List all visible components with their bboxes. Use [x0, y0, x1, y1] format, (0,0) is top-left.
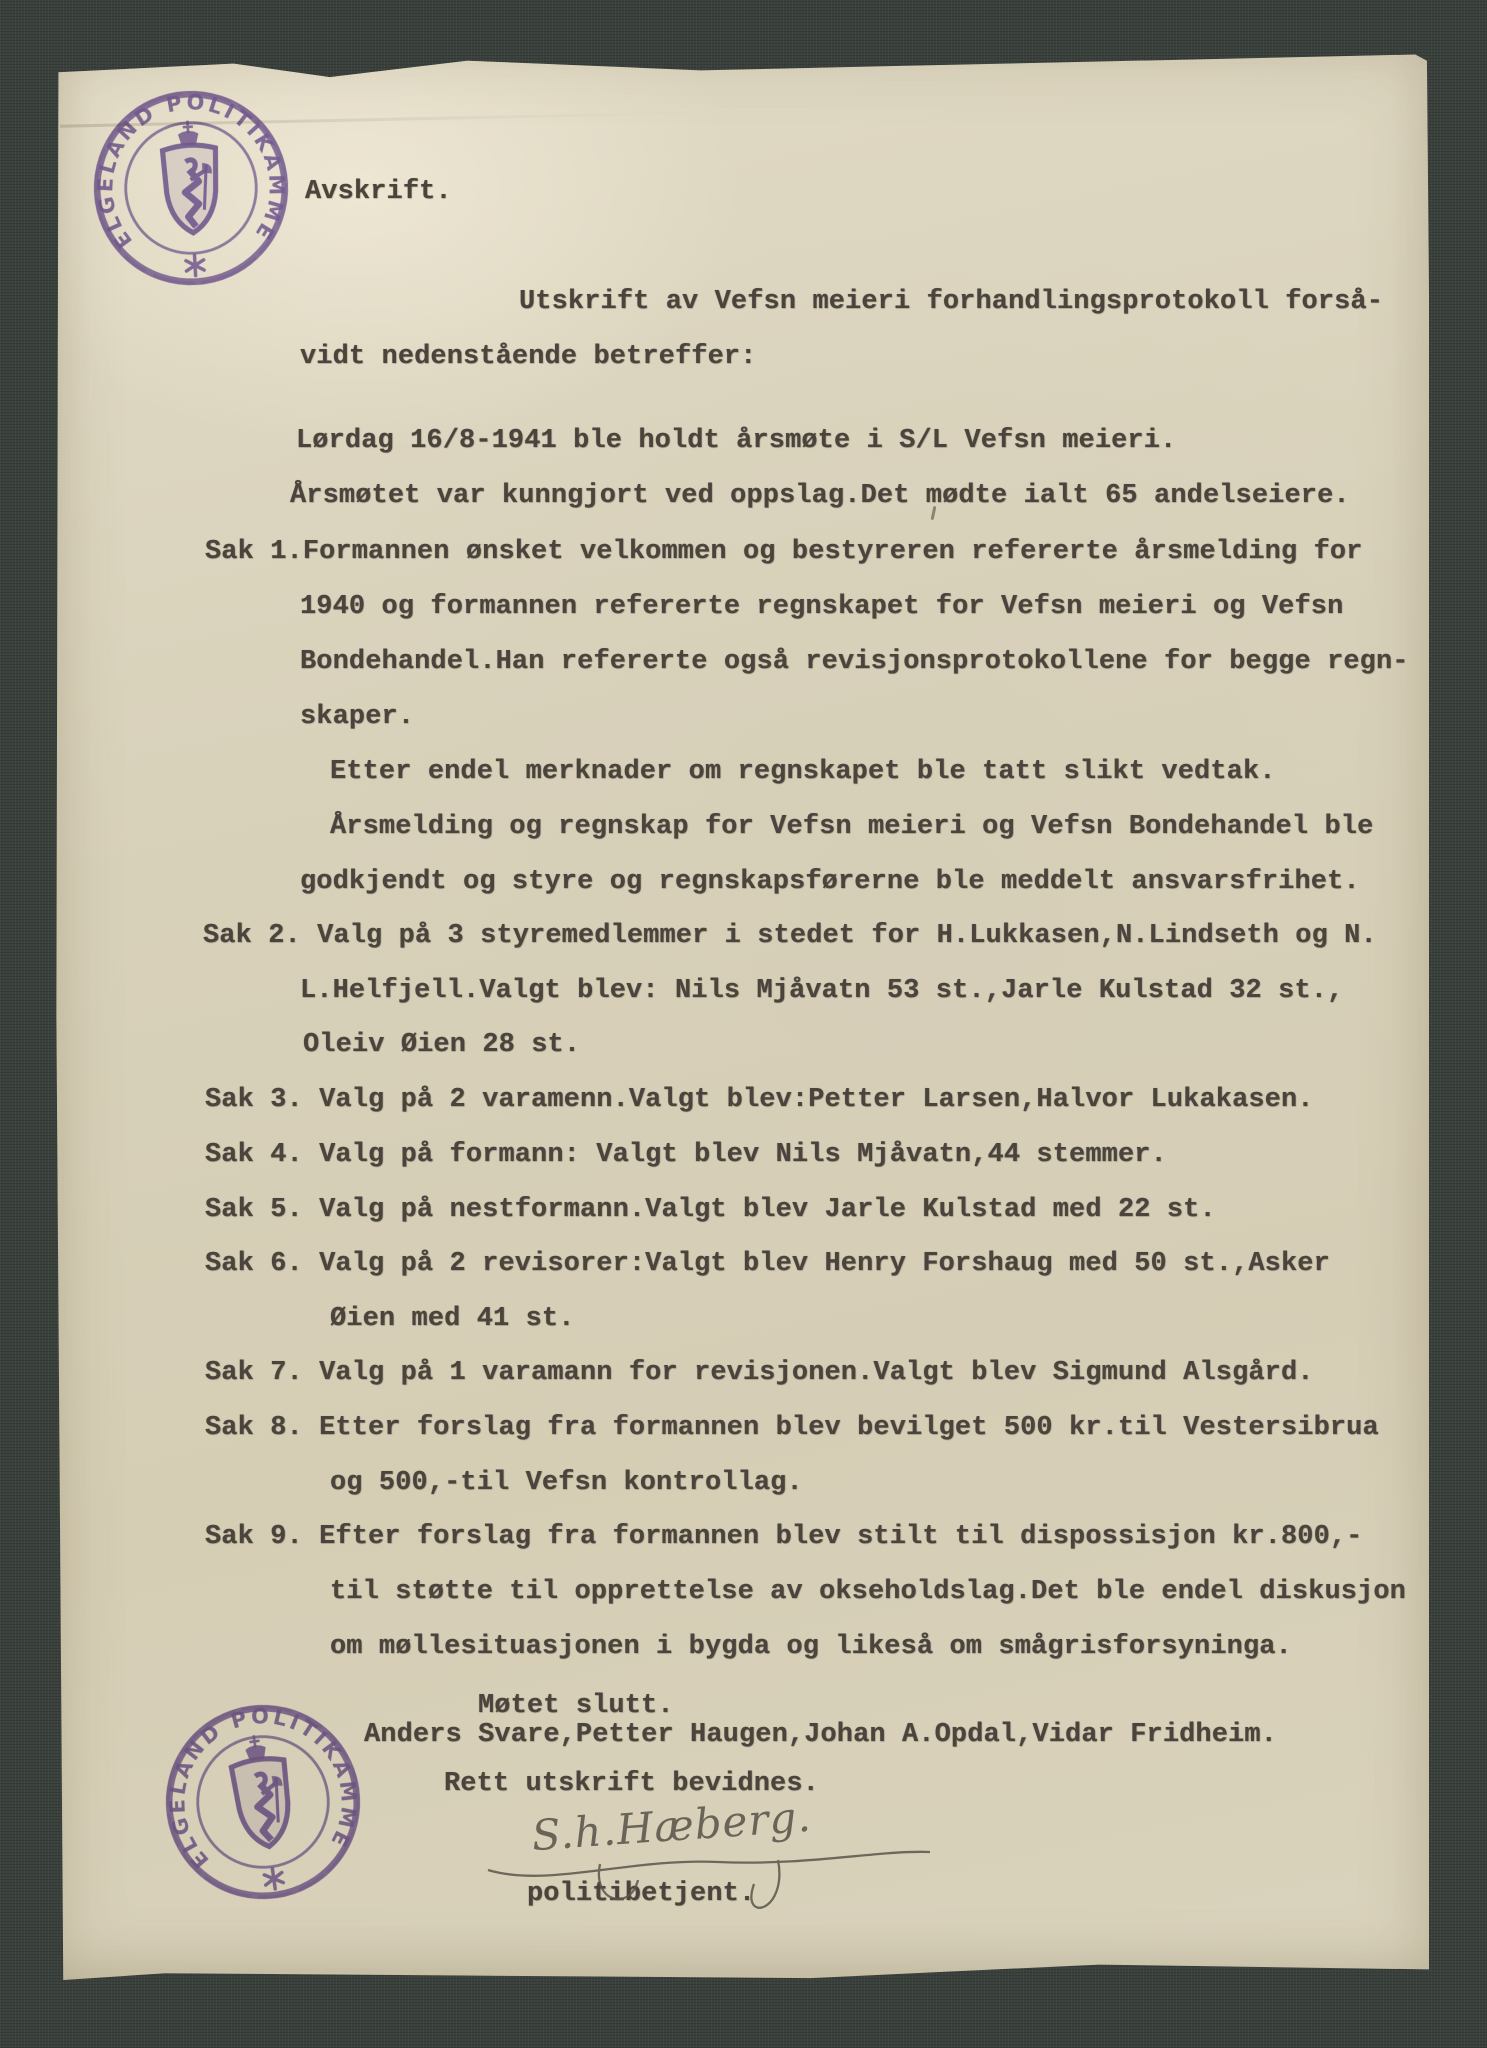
signature-svg: S.h.Hæberg.	[478, 1786, 948, 1926]
typed-line: om møllesituasjonen i bygda og likeså om…	[330, 1631, 1292, 1665]
signature: S.h.Hæberg.	[478, 1786, 948, 1926]
typed-line: Anders Svare,Petter Haugen,Johan A.Opdal…	[364, 1719, 1277, 1753]
typed-line: Årsmelding og regnskap for Vefsn meieri …	[330, 811, 1373, 845]
typed-line: Sak 7. Valg på 1 varamann for revisjonen…	[205, 1357, 1314, 1391]
typed-line: og 500,-til Vefsn kontrollag.	[330, 1467, 803, 1501]
typed-line: vidt nedenstående betreffer:	[300, 341, 756, 375]
typed-line: Sak 2. Valg på 3 styremedlemmer i stedet…	[203, 920, 1377, 954]
norwegian-coat-of-arms-icon	[227, 1732, 295, 1850]
typed-line: til støtte til opprettelse av okseholdsl…	[330, 1576, 1406, 1610]
typed-line: Øien med 41 st.	[330, 1303, 575, 1337]
typed-line: Sak 6. Valg på 2 revisorer:Valgt blev He…	[205, 1248, 1330, 1282]
copy-label: Avskrift.	[305, 176, 452, 210]
typed-line: 1940 og formannen refererte regnskapet f…	[300, 591, 1343, 625]
signature-flourish	[488, 1852, 930, 1908]
stamp-star-icon	[264, 1867, 284, 1890]
typed-line: Utskrift av Vefsn meieri forhandlingspro…	[519, 286, 1383, 320]
typed-line: skaper.	[300, 701, 414, 735]
typed-line: Årsmøtet var kunngjort ved oppslag.Det m…	[290, 480, 1350, 514]
typed-line: Sak 1.Formannen ønsket velkommen og best…	[205, 536, 1363, 570]
typed-line: Etter endel merknader om regnskapet ble …	[330, 756, 1276, 790]
typed-line: Sak 4. Valg på formann: Valgt blev Nils …	[205, 1139, 1167, 1173]
stamp-helgeland-politikammer-bottom: HELGELAND POLITIKAMMER	[148, 1687, 378, 1917]
typed-line: Sak 5. Valg på nestformann.Valgt blev Ja…	[205, 1194, 1216, 1228]
typed-line: Bondehandel.Han refererte også revisjons…	[300, 646, 1409, 680]
typed-line: godkjendt og styre og regnskapsførerne b…	[300, 866, 1360, 900]
stamp-helgeland-politikammer-top: HELGELAND POLITIKAMMER	[84, 81, 298, 295]
typed-line: Sak 8. Etter forslag fra formannen blev …	[205, 1412, 1379, 1446]
typed-line: L.Helfjell.Valgt blev: Nils Mjåvatn 53 s…	[300, 975, 1343, 1009]
typed-line: Lørdag 16/8-1941 ble holdt årsmøte i S/L…	[296, 425, 1176, 459]
typed-line: Oleiv Øien 28 st.	[303, 1029, 580, 1063]
stamp-svg: HELGELAND POLITIKAMMER	[148, 1687, 378, 1917]
typed-line: Sak 3. Valg på 2 varamenn.Valgt blev:Pet…	[205, 1084, 1314, 1118]
signature-name-text: S.h.Hæberg.	[530, 1792, 813, 1860]
stamp-svg: HELGELAND POLITIKAMMER	[84, 81, 298, 295]
norwegian-coat-of-arms-icon	[161, 119, 220, 234]
stamp-star-icon	[186, 255, 205, 276]
typed-line: Sak 9. Efter forslag fra formannen blev …	[205, 1521, 1363, 1555]
scanned-document-page: Avskrift. Utskrift av Vefsn meieri forha…	[0, 0, 1487, 2048]
